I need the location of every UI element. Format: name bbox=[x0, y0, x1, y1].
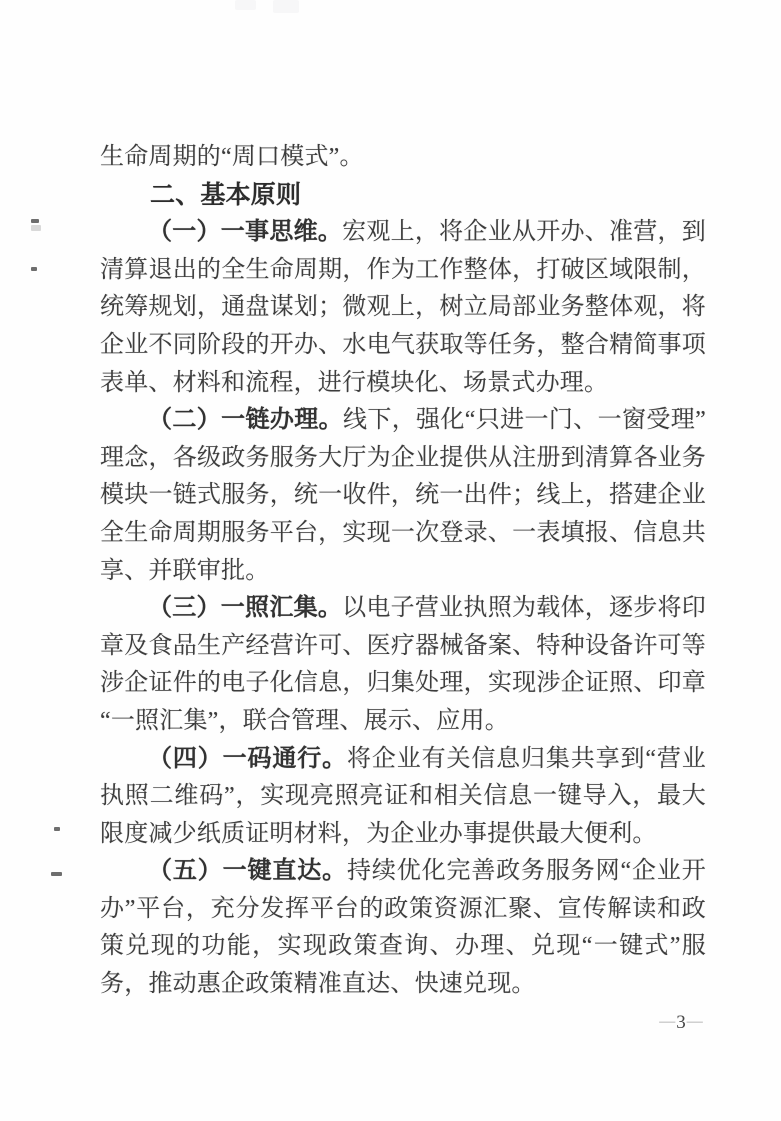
scan-artifact bbox=[235, 0, 256, 10]
page-number-dash-right: — bbox=[687, 1013, 703, 1030]
section-heading: 二、基本原则 bbox=[100, 177, 706, 215]
paragraph-2: （二）一链办理。线下，强化“只进一门、一窗受理”理念，各级政务服务大厅为企业提供… bbox=[100, 402, 706, 590]
paragraph-3-lead: （三）一照汇集。 bbox=[148, 595, 342, 621]
paragraph-1: （一）一事思维。宏观上，将企业从开办、准营，到清算退出的全生命周期，作为工作整体… bbox=[100, 214, 706, 402]
scan-artifact bbox=[273, 0, 299, 13]
page-number: —3— bbox=[633, 1012, 729, 1034]
scan-artifact bbox=[31, 225, 41, 231]
scan-artifact bbox=[31, 267, 37, 271]
paragraph-4: （四）一码通行。将企业有关信息归集共享到“营业执照二维码”，实现亮照亮证和相关信… bbox=[100, 741, 706, 854]
paragraph-5-lead: （五）一键直达。 bbox=[148, 858, 347, 884]
paragraph-2-body: 线下，强化“只进一门、一窗受理”理念，各级政务服务大厅为企业提供从注册到清算各业… bbox=[100, 407, 706, 583]
scan-artifact bbox=[31, 219, 39, 223]
intro-line: 生命周期的“周口模式”。 bbox=[100, 139, 706, 177]
paragraph-3: （三）一照汇集。以电子营业执照为载体，逐步将印章及食品生产经营许可、医疗器械备案… bbox=[100, 590, 706, 740]
paragraph-4-lead: （四）一码通行。 bbox=[148, 746, 347, 772]
document-body: 生命周期的“周口模式”。 二、基本原则 （一）一事思维。宏观上，将企业从开办、准… bbox=[100, 139, 706, 1004]
paragraph-1-lead: （一）一事思维。 bbox=[148, 219, 342, 245]
scan-artifact bbox=[51, 872, 62, 876]
scan-artifact bbox=[54, 827, 60, 831]
document-page: 生命周期的“周口模式”。 二、基本原则 （一）一事思维。宏观上，将企业从开办、准… bbox=[0, 0, 781, 1121]
page-number-dash-left: — bbox=[659, 1013, 675, 1030]
page-number-value: 3 bbox=[675, 1012, 687, 1033]
paragraph-2-lead: （二）一链办理。 bbox=[148, 407, 343, 433]
paragraph-5: （五）一键直达。持续优化完善政务服务网“企业开办”平台，充分发挥平台的政策资源汇… bbox=[100, 853, 706, 1003]
paragraph-1-body: 宏观上，将企业从开办、准营，到清算退出的全生命周期，作为工作整体，打破区域限制，… bbox=[100, 219, 706, 395]
